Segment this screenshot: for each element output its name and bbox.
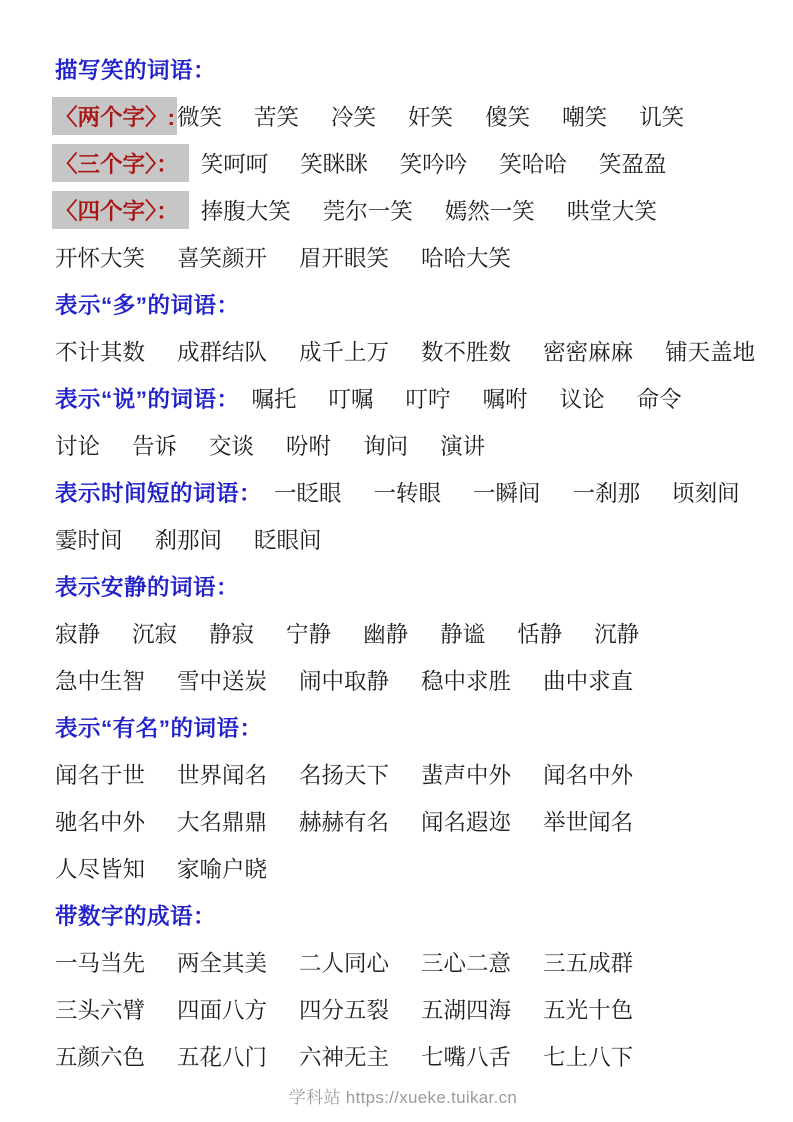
- word-count-label: 〈四个字〉：: [52, 191, 189, 229]
- word-group: 笑呵呵笑眯眯笑吟吟笑哈哈笑盈盈: [201, 147, 667, 179]
- word-line: 不计其数成群结队成千上万数不胜数密密麻麻铺天盖地: [55, 327, 751, 374]
- word-item: 沉寂: [132, 617, 177, 649]
- word-item: 一瞬间: [473, 476, 541, 508]
- word-line: 急中生智雪中送炭闹中取静稳中求胜曲中求直: [55, 656, 751, 703]
- document-page: 描写笑的词语：〈两个字〉:微笑苦笑冷笑奸笑傻笑嘲笑讥笑〈三个字〉：笑呵呵笑眯眯笑…: [0, 0, 793, 1122]
- word-group: 开怀大笑喜笑颜开眉开眼笑哈哈大笑: [55, 241, 511, 273]
- word-item: 笑呵呵: [201, 147, 269, 179]
- word-item: 议论: [560, 382, 605, 414]
- word-group: 闻名于世世界闻名名扬天下蜚声中外闻名中外: [55, 758, 633, 790]
- word-item: 嘱咐: [483, 382, 528, 414]
- word-item: 笑吟吟: [400, 147, 468, 179]
- word-item: 宁静: [286, 617, 331, 649]
- heading-line: 表示“多”的词语：: [55, 280, 751, 327]
- word-group: 捧腹大笑莞尔一笑嫣然一笑哄堂大笑: [201, 194, 657, 226]
- word-item: 傻笑: [485, 100, 530, 132]
- word-item: 五花八门: [177, 1040, 267, 1072]
- word-group: 一马当先两全其美二人同心三心二意三五成群: [55, 946, 633, 978]
- word-item: 捧腹大笑: [201, 194, 291, 226]
- word-item: 两全其美: [177, 946, 267, 978]
- word-item: 五颜六色: [55, 1040, 145, 1072]
- word-item: 笑哈哈: [499, 147, 567, 179]
- footer-watermark: 学科站 https://xueke.tuikar.cn: [55, 1083, 751, 1108]
- word-item: 恬静: [517, 617, 562, 649]
- word-count-label: 〈三个字〉：: [52, 144, 189, 182]
- word-group: 不计其数成群结队成千上万数不胜数密密麻麻铺天盖地: [55, 335, 755, 367]
- word-item: 曲中求直: [543, 664, 633, 696]
- word-item: 四分五裂: [299, 993, 389, 1025]
- word-item: 闹中取静: [299, 664, 389, 696]
- document-content: 描写笑的词语：〈两个字〉:微笑苦笑冷笑奸笑傻笑嘲笑讥笑〈三个字〉：笑呵呵笑眯眯笑…: [55, 45, 751, 1079]
- word-item: 三头六臂: [55, 993, 145, 1025]
- word-item: 闻名中外: [543, 758, 633, 790]
- word-group: 五颜六色五花八门六神无主七嘴八舌七上八下: [55, 1040, 633, 1072]
- word-item: 不计其数: [55, 335, 145, 367]
- word-line: 三头六臂四面八方四分五裂五湖四海五光十色: [55, 985, 751, 1032]
- word-item: 演讲: [440, 429, 485, 461]
- word-item: 七嘴八舌: [421, 1040, 511, 1072]
- word-group: 讨论告诉交谈吩咐询问演讲: [55, 429, 485, 461]
- word-item: 眨眼间: [254, 523, 322, 555]
- word-item: 刹那间: [155, 523, 223, 555]
- section-heading: 描写笑的词语：: [55, 53, 216, 85]
- heading-line: 带数字的成语：: [55, 891, 751, 938]
- word-item: 铺天盖地: [665, 335, 755, 367]
- word-item: 询问: [363, 429, 408, 461]
- word-item: 顷刻间: [672, 476, 740, 508]
- word-item: 微笑: [177, 100, 222, 132]
- word-item: 莞尔一笑: [323, 194, 413, 226]
- word-item: 苦笑: [254, 100, 299, 132]
- word-item: 五光十色: [543, 993, 633, 1025]
- heading-line: 描写笑的词语：: [55, 45, 751, 92]
- word-line: 开怀大笑喜笑颜开眉开眼笑哈哈大笑: [55, 233, 751, 280]
- word-item: 交谈: [209, 429, 254, 461]
- word-item: 笑眯眯: [300, 147, 368, 179]
- word-item: 嘲笑: [562, 100, 607, 132]
- word-item: 一眨眼: [274, 476, 342, 508]
- word-line: 〈两个字〉:微笑苦笑冷笑奸笑傻笑嘲笑讥笑: [55, 92, 751, 139]
- word-item: 闻名遐迩: [421, 805, 511, 837]
- word-item: 蜚声中外: [421, 758, 511, 790]
- word-item: 世界闻名: [177, 758, 267, 790]
- word-item: 幽静: [363, 617, 408, 649]
- word-item: 霎时间: [55, 523, 123, 555]
- word-group: 三头六臂四面八方四分五裂五湖四海五光十色: [55, 993, 633, 1025]
- word-item: 成千上万: [299, 335, 389, 367]
- word-group: 微笑苦笑冷笑奸笑傻笑嘲笑讥笑: [177, 100, 684, 132]
- word-line: 〈三个字〉：笑呵呵笑眯眯笑吟吟笑哈哈笑盈盈: [55, 139, 751, 186]
- word-item: 沉静: [594, 617, 639, 649]
- word-item: 密密麻麻: [543, 335, 633, 367]
- word-item: 命令: [637, 382, 682, 414]
- word-item: 五湖四海: [421, 993, 511, 1025]
- word-item: 讨论: [55, 429, 100, 461]
- word-item: 雪中送炭: [177, 664, 267, 696]
- word-item: 冷笑: [331, 100, 376, 132]
- word-item: 眉开眼笑: [299, 241, 389, 273]
- word-item: 一马当先: [55, 946, 145, 978]
- inline-section-heading: 表示“说”的词语：: [55, 382, 240, 414]
- word-item: 静谧: [440, 617, 485, 649]
- word-item: 闻名于世: [55, 758, 145, 790]
- word-item: 大名鼎鼎: [177, 805, 267, 837]
- word-item: 家喻户晓: [177, 852, 267, 884]
- word-item: 赫赫有名: [299, 805, 389, 837]
- word-item: 三心二意: [421, 946, 511, 978]
- word-item: 开怀大笑: [55, 241, 145, 273]
- word-item: 静寂: [209, 617, 254, 649]
- word-line: 一马当先两全其美二人同心三心二意三五成群: [55, 938, 751, 985]
- word-item: 三五成群: [543, 946, 633, 978]
- word-item: 吩咐: [286, 429, 331, 461]
- word-item: 告诉: [132, 429, 177, 461]
- word-group: 驰名中外大名鼎鼎赫赫有名闻名遐迩举世闻名: [55, 805, 633, 837]
- section-heading: 表示安静的词语：: [55, 570, 239, 602]
- word-item: 讥笑: [639, 100, 684, 132]
- word-item: 六神无主: [299, 1040, 389, 1072]
- section-heading: 表示“有名”的词语：: [55, 711, 263, 743]
- heading-line: 表示“有名”的词语：: [55, 703, 751, 750]
- word-item: 叮咛: [406, 382, 451, 414]
- word-group: 霎时间刹那间眨眼间: [55, 523, 322, 555]
- word-line: 寂静沉寂静寂宁静幽静静谧恬静沉静: [55, 609, 751, 656]
- word-group: 一眨眼一转眼一瞬间一刹那顷刻间: [274, 476, 740, 508]
- word-item: 叮嘱: [329, 382, 374, 414]
- word-item: 二人同心: [299, 946, 389, 978]
- word-item: 驰名中外: [55, 805, 145, 837]
- word-line: 人尽皆知家喻户晓: [55, 844, 751, 891]
- word-item: 七上八下: [543, 1040, 633, 1072]
- section-heading: 表示“多”的词语：: [55, 288, 240, 320]
- word-line: 表示“说”的词语：嘱托叮嘱叮咛嘱咐议论命令: [55, 374, 751, 421]
- inline-section-heading: 表示时间短的词语：: [55, 476, 262, 508]
- word-item: 一刹那: [573, 476, 641, 508]
- word-item: 嫣然一笑: [445, 194, 535, 226]
- word-item: 一转眼: [374, 476, 442, 508]
- section-heading: 带数字的成语：: [55, 899, 216, 931]
- word-item: 笑盈盈: [599, 147, 667, 179]
- word-item: 人尽皆知: [55, 852, 145, 884]
- word-item: 哈哈大笑: [421, 241, 511, 273]
- word-line: 霎时间刹那间眨眼间: [55, 515, 751, 562]
- word-item: 奸笑: [408, 100, 453, 132]
- word-group: 嘱托叮嘱叮咛嘱咐议论命令: [252, 382, 682, 414]
- word-item: 寂静: [55, 617, 100, 649]
- word-line: 讨论告诉交谈吩咐询问演讲: [55, 421, 751, 468]
- word-item: 数不胜数: [421, 335, 511, 367]
- heading-line: 表示安静的词语：: [55, 562, 751, 609]
- word-group: 人尽皆知家喻户晓: [55, 852, 267, 884]
- word-line: 驰名中外大名鼎鼎赫赫有名闻名遐迩举世闻名: [55, 797, 751, 844]
- word-item: 喜笑颜开: [177, 241, 267, 273]
- word-group: 寂静沉寂静寂宁静幽静静谧恬静沉静: [55, 617, 639, 649]
- word-line: 五颜六色五花八门六神无主七嘴八舌七上八下: [55, 1032, 751, 1079]
- word-item: 四面八方: [177, 993, 267, 1025]
- word-line: 表示时间短的词语：一眨眼一转眼一瞬间一刹那顷刻间: [55, 468, 751, 515]
- word-item: 名扬天下: [299, 758, 389, 790]
- word-group: 急中生智雪中送炭闹中取静稳中求胜曲中求直: [55, 664, 633, 696]
- word-item: 哄堂大笑: [567, 194, 657, 226]
- word-item: 成群结队: [177, 335, 267, 367]
- word-item: 急中生智: [55, 664, 145, 696]
- word-item: 嘱托: [252, 382, 297, 414]
- word-line: 闻名于世世界闻名名扬天下蜚声中外闻名中外: [55, 750, 751, 797]
- word-item: 稳中求胜: [421, 664, 511, 696]
- word-line: 〈四个字〉：捧腹大笑莞尔一笑嫣然一笑哄堂大笑: [55, 186, 751, 233]
- word-item: 举世闻名: [543, 805, 633, 837]
- word-count-label: 〈两个字〉:: [52, 97, 177, 135]
